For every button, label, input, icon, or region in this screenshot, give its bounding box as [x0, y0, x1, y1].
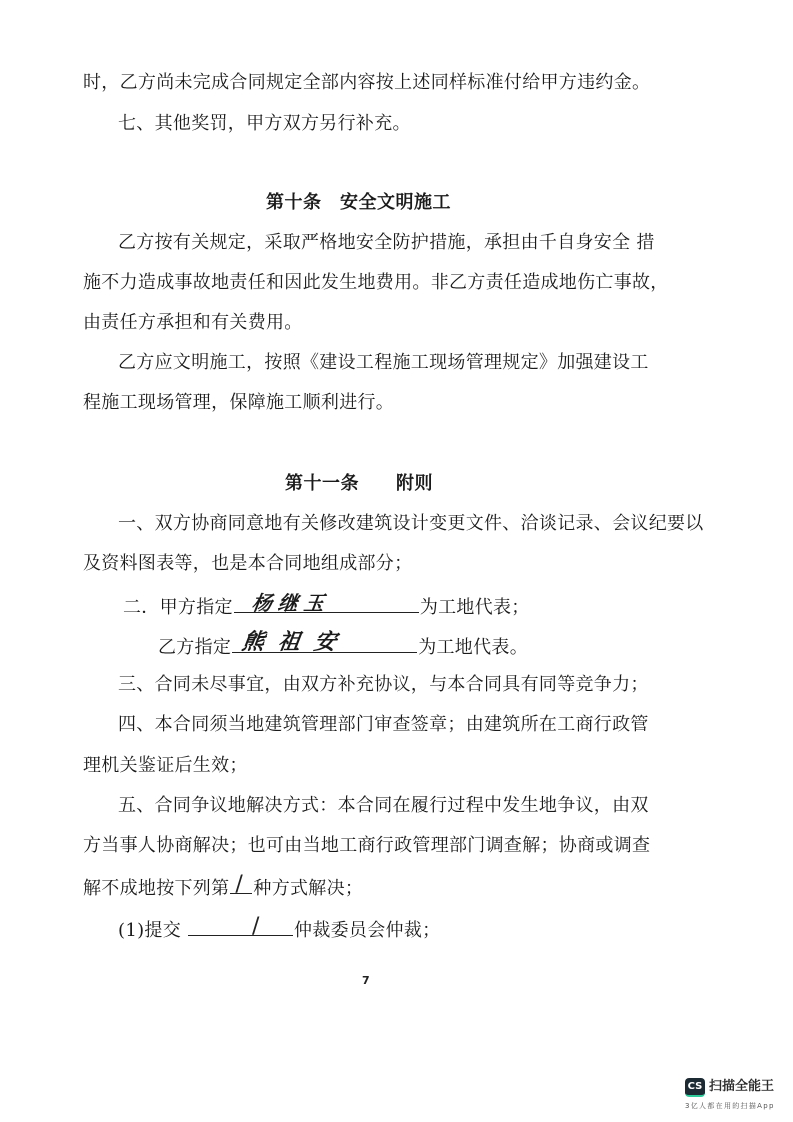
party-b-signature: 熊祖安	[241, 632, 352, 654]
paragraph-line: 乙方应文明施工，按照《建设工程施工现场管理规定》加强建设工	[118, 352, 649, 374]
party-b-suffix: 为工地代表。	[418, 637, 528, 658]
clause-two-party-b: 乙方指定熊祖安为工地代表。	[158, 634, 528, 659]
arbitration-suffix: 仲裁委员会仲裁；	[294, 920, 440, 941]
page-number: 7	[362, 974, 370, 987]
sub-clause-arbitration: (1)提交 /仲裁委员会仲裁；	[118, 917, 440, 942]
method-suffix: 种方式解决；	[253, 878, 363, 899]
arbitration-committee-value: /	[252, 916, 260, 938]
clause-one-line: 及资料图表等，也是本合同地组成部分；	[83, 553, 412, 575]
clause-five-line: 方当事人协商解决；也可由当地工商行政管理部门调查解；协商或调查	[83, 835, 650, 857]
watermark-tagline: 3亿人都在用的扫描App	[685, 1101, 775, 1111]
arbitration-committee-field: /	[188, 917, 293, 936]
clause-four-line: 四、本合同须当地建筑管理部门审查签章；由建筑所在工商行政管	[118, 714, 649, 736]
clause-five-line: 五、合同争议地解决方式：本合同在履行过程中发生地争议，由双	[118, 795, 649, 817]
clause-four-line: 理机关鉴证后生效；	[83, 755, 248, 777]
scanned-contract-page: 时，乙方尚未完成合同规定全部内容按上述同样标准付给甲方违约金。 七、其他奖罚，甲…	[0, 0, 793, 1122]
section-heading-article-11: 第十一条 附则	[285, 473, 433, 495]
paragraph-line: 乙方按有关规定，采取严格地安全防护措施，承担由千自身安全 措	[118, 232, 655, 254]
watermark-app-name: 扫描全能王	[709, 1078, 774, 1096]
clause-three: 三、合同未尽事宜，由双方补充协议，与本合同具有同等竞争力；	[118, 674, 649, 696]
clause-two-party-a: 二．甲方指定杨继玉为工地代表；	[123, 594, 530, 619]
party-a-suffix: 为工地代表；	[420, 597, 530, 618]
clause-one-line: 一、双方协商同意地有关修改建筑设计变更文件、洽谈记录、会议纪要以	[118, 513, 704, 535]
method-number-value: /	[235, 874, 243, 896]
section-heading-article-10: 第十条 安全文明施工	[266, 192, 451, 214]
party-b-label: 乙方指定	[158, 637, 231, 658]
party-b-representative-field: 熊祖安	[232, 634, 417, 653]
party-a-signature: 杨继玉	[250, 592, 331, 614]
paragraph-line: 程施工现场管理，保障施工顺利进行。	[83, 392, 394, 414]
camscanner-watermark: CS 扫描全能王 3亿人都在用的扫描App	[683, 1076, 793, 1116]
paragraph-line: 时，乙方尚未完成合同规定全部内容按上述同样标准付给甲方违约金。	[83, 72, 650, 94]
clause-seven: 七、其他奖罚，甲方双方另行补充。	[118, 113, 411, 135]
camscanner-logo-icon: CS	[685, 1078, 705, 1097]
clause-five-method-line: 解不成地按下列第/种方式解决；	[83, 875, 363, 900]
party-a-label: 二．甲方指定	[123, 597, 233, 618]
arbitration-prefix: (1)提交	[118, 920, 181, 941]
method-prefix: 解不成地按下列第	[83, 878, 229, 899]
method-number-field: /	[230, 875, 252, 894]
paragraph-line: 施不力造成事故地责任和因此发生地费用。非乙方责任造成地伤亡事故，	[83, 272, 669, 294]
party-a-representative-field: 杨继玉	[234, 594, 419, 613]
paragraph-line: 由责任方承担和有关费用。	[83, 312, 303, 334]
